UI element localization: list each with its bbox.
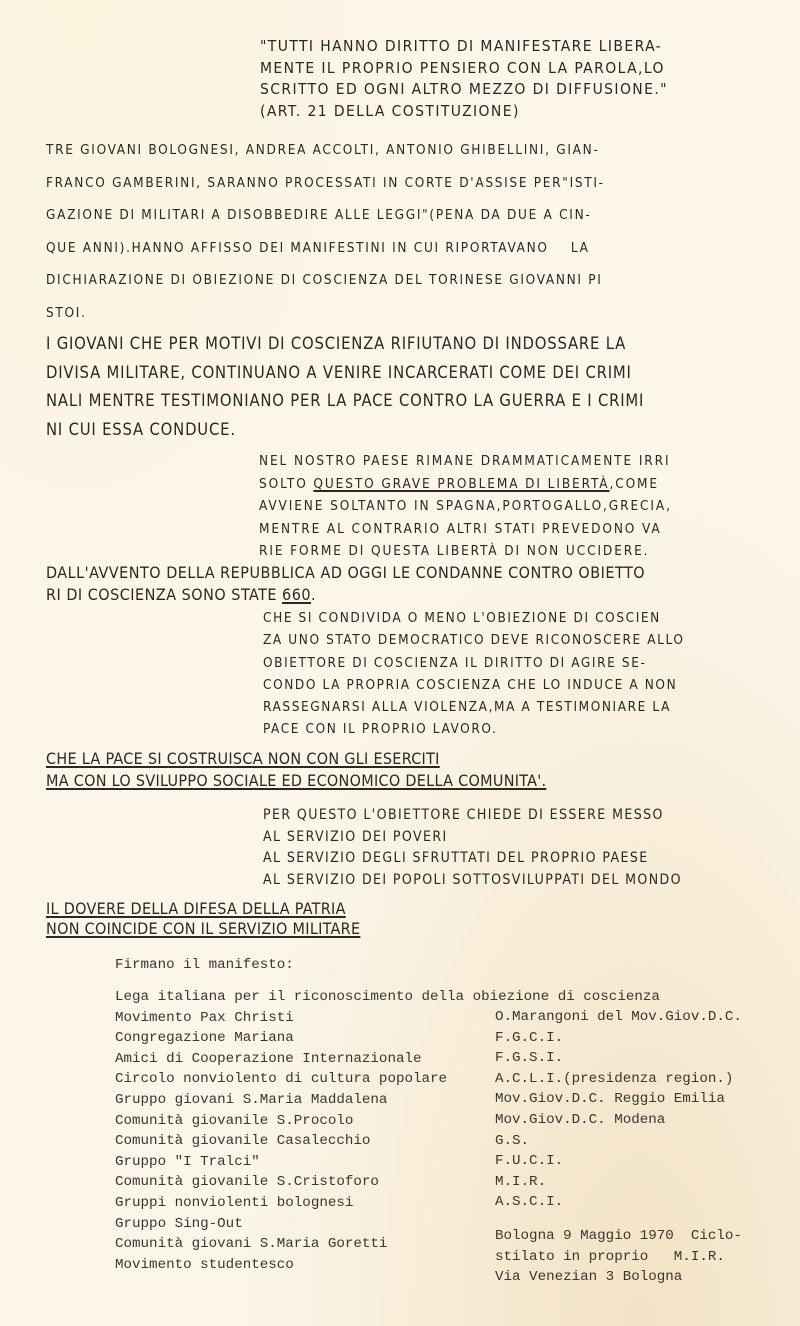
signatory: G.S. xyxy=(495,1131,742,1152)
text-line: condo la propria coscienza che lo induce… xyxy=(263,674,685,696)
text-line: gazione di militari a disobbedire alle l… xyxy=(46,199,605,232)
text-line: solto questo grave problema di libertà,c… xyxy=(259,473,672,496)
slogan-line: non coincide con il servizio militare xyxy=(46,919,360,939)
slogan-text: Il dovere della difesa della patria xyxy=(46,899,346,918)
constitution-quote: "Tutti hanno diritto di manifestare libe… xyxy=(260,36,668,122)
slogan-text: Che la pace si costruisca non con gli es… xyxy=(46,749,440,768)
colophon-line: stilato in proprio M.I.R. xyxy=(495,1247,742,1268)
slogan-text: ma con lo sviluppo sociale ed economico … xyxy=(46,771,546,790)
paragraph-convictions: Dall'avvento della Repubblica ad oggi le… xyxy=(46,562,645,606)
signatory: A.S.C.I. xyxy=(495,1192,742,1213)
quote-citation: (Art. 21 della Costituzione) xyxy=(260,101,668,123)
quote-line: "Tutti hanno diritto di manifestare libe… xyxy=(260,36,668,58)
text-line: pace con il proprio lavoro. xyxy=(263,718,685,740)
text-line: al servizio degli sfruttati del proprio … xyxy=(263,848,682,870)
signatory: F.G.S.I. xyxy=(495,1048,742,1069)
signatory: O.Marangoni del Mov.Giov.D.C. xyxy=(495,1007,742,1028)
slogan-peace: Che la pace si costruisca non con gli es… xyxy=(46,748,546,792)
colophon-line: Bologna 9 Maggio 1970 Ciclo- xyxy=(495,1226,742,1247)
text-line: que anni).Hanno affisso dei manifestini … xyxy=(46,232,605,265)
signatory: Mov.Giov.D.C. Reggio Emilia xyxy=(495,1089,742,1110)
slogan-line: ma con lo sviluppo sociale ed economico … xyxy=(46,770,546,792)
signatories-title: Firmano il manifesto: xyxy=(115,957,294,973)
colophon: Bologna 9 Maggio 1970 Ciclo- stilato in … xyxy=(495,1226,742,1288)
quote-line: scritto ed ogni altro mezzo di diffusion… xyxy=(260,79,668,101)
text-line: stoi. xyxy=(46,297,605,330)
text-line: divisa militare, continuano a venire inc… xyxy=(46,359,644,388)
signatory: M.I.R. xyxy=(495,1172,742,1193)
text-line: ni cui essa conduce. xyxy=(46,416,644,445)
text-line: za uno stato democratico deve riconoscer… xyxy=(263,629,685,651)
text-line: avviene soltanto in Spagna,Portogallo,Gr… xyxy=(259,495,672,518)
signatory: Lega italiana per il riconoscimento dell… xyxy=(115,987,660,1008)
text-fragment: ri di coscienza sono state xyxy=(46,585,282,604)
underlined-phrase: questo grave problema di libertà xyxy=(313,476,609,492)
quote-line: mente il proprio pensiero con la parola,… xyxy=(260,58,668,80)
paragraph-imprisonment: I giovani che per motivi di coscienza ri… xyxy=(46,330,644,444)
signatory: A.C.L.I.(presidenza region.) xyxy=(495,1069,742,1090)
text-line: al servizio dei poveri xyxy=(263,827,682,849)
text-line: obiettore di coscienza il diritto di agi… xyxy=(263,652,685,674)
text-fragment: ,come xyxy=(609,476,659,492)
text-line: Che si condivida o meno l'obiezione di c… xyxy=(263,607,685,629)
slogan-text: non coincide con il servizio militare xyxy=(46,919,360,938)
slogan-line: Il dovere della difesa della patria xyxy=(46,899,360,919)
slogan-duty: Il dovere della difesa della patria non … xyxy=(46,899,360,939)
text-line: ri di coscienza sono state 660. xyxy=(46,584,645,606)
text-fragment: solto xyxy=(259,476,313,492)
text-line: mentre al contrario altri stati prevedon… xyxy=(259,518,672,541)
text-line: rassegnarsi alla violenza,ma a testimoni… xyxy=(263,696,685,718)
slogan-line: Che la pace si costruisca non con gli es… xyxy=(46,748,546,770)
text-line: Dall'avvento della Repubblica ad oggi le… xyxy=(46,562,645,584)
manifesto-page: "Tutti hanno diritto di manifestare libe… xyxy=(0,0,800,1326)
paragraph-trial: Tre giovani bolognesi, Andrea Accolti, A… xyxy=(46,134,605,329)
signatory: F.G.C.I. xyxy=(495,1028,742,1049)
text-fragment: . xyxy=(311,585,316,604)
text-line: Nel nostro paese rimane drammaticamente … xyxy=(259,450,672,473)
convictions-count: 660 xyxy=(282,585,311,604)
paragraph-service: Per questo l'obiettore chiede di essere … xyxy=(263,805,682,891)
text-line: dichiarazione di obiezione di coscienza … xyxy=(46,264,605,297)
text-line: rie forme di questa libertà di non uccid… xyxy=(259,540,672,563)
signatory: F.U.C.I. xyxy=(495,1151,742,1172)
text-line: nali mentre testimoniano per la pace con… xyxy=(46,387,644,416)
text-line: I giovani che per motivi di coscienza ri… xyxy=(46,330,644,359)
text-line: Tre giovani bolognesi, Andrea Accolti, A… xyxy=(46,134,605,167)
paragraph-democratic-state: Che si condivida o meno l'obiezione di c… xyxy=(263,607,685,741)
paragraph-unresolved-problem: Nel nostro paese rimane drammaticamente … xyxy=(259,450,672,563)
text-line: franco Gamberini, saranno processati in … xyxy=(46,167,605,200)
signatory: Mov.Giov.D.C. Modena xyxy=(495,1110,742,1131)
text-line: Per questo l'obiettore chiede di essere … xyxy=(263,805,682,827)
signatories-right-list: O.Marangoni del Mov.Giov.D.C. F.G.C.I. F… xyxy=(495,1007,742,1213)
text-line: al servizio dei popoli sottosviluppati d… xyxy=(263,870,682,892)
colophon-line: Via Venezian 3 Bologna xyxy=(495,1267,742,1288)
